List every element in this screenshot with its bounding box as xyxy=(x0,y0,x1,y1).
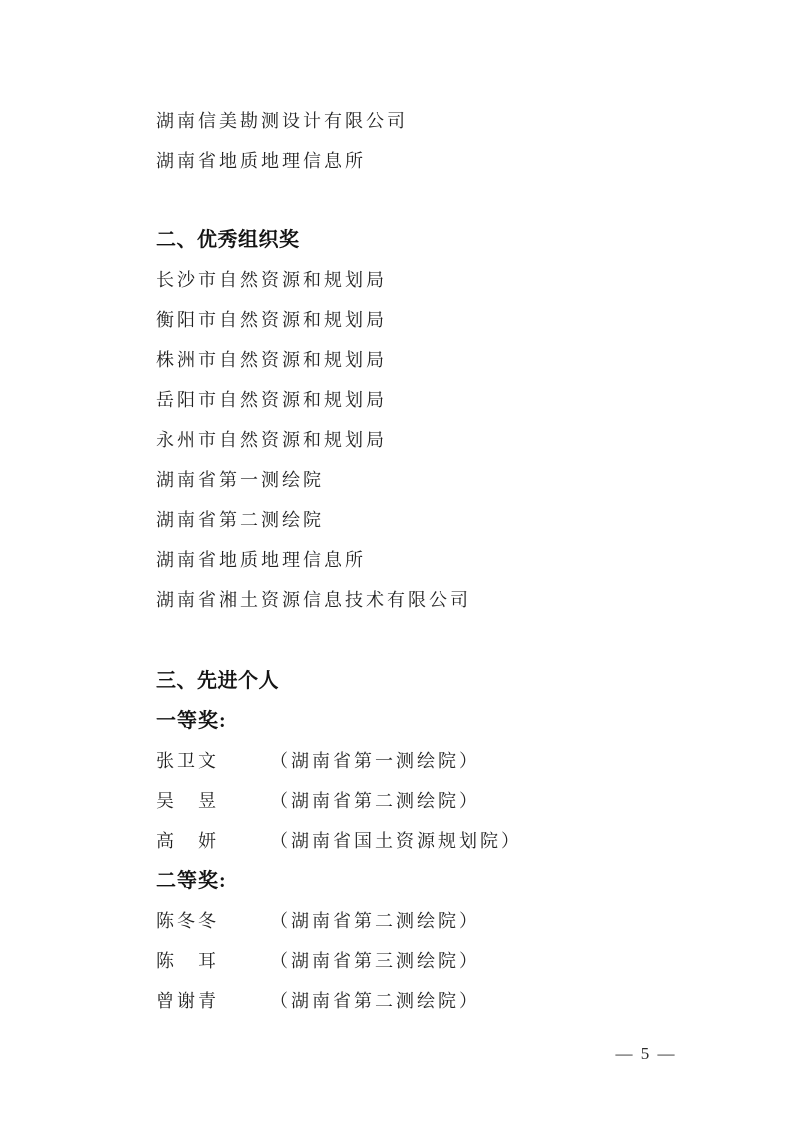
person-affiliation: （湖南省国土资源规划院） xyxy=(270,821,522,861)
person-entry: 吴 昱 （湖南省第二测绘院） xyxy=(156,781,734,821)
person-entry: 陈 耳 （湖南省第三测绘院） xyxy=(156,941,734,981)
person-name: 曾谢青 xyxy=(156,981,220,1021)
award-org-item: 湖南省第一测绘院 xyxy=(156,460,734,500)
person-name: 吴 昱 xyxy=(156,781,220,821)
person-name: 高 妍 xyxy=(156,821,220,861)
person-affiliation: （湖南省第一测绘院） xyxy=(270,741,480,781)
section-heading-excellent-organization-award: 二、优秀组织奖 xyxy=(156,220,734,260)
document-page: 湖南信美勘测设计有限公司 湖南省地质地理信息所 二、优秀组织奖 长沙市自然资源和… xyxy=(0,0,794,1122)
person-entry: 陈冬冬 （湖南省第二测绘院） xyxy=(156,901,734,941)
person-name: 陈冬冬 xyxy=(156,901,220,941)
intro-line: 湖南省地质地理信息所 xyxy=(156,141,734,181)
award-org-item: 岳阳市自然资源和规划局 xyxy=(156,380,734,420)
first-prize-label: 一等奖: xyxy=(156,701,734,741)
person-affiliation: （湖南省第二测绘院） xyxy=(270,781,480,821)
award-org-item: 湖南省第二测绘院 xyxy=(156,500,734,540)
person-affiliation: （湖南省第二测绘院） xyxy=(270,981,480,1021)
person-name: 陈 耳 xyxy=(156,941,220,981)
award-org-item: 永州市自然资源和规划局 xyxy=(156,420,734,460)
person-entry: 高 妍 （湖南省国土资源规划院） xyxy=(156,821,734,861)
intro-line: 湖南信美勘测设计有限公司 xyxy=(156,101,734,141)
document-content: 湖南信美勘测设计有限公司 湖南省地质地理信息所 二、优秀组织奖 长沙市自然资源和… xyxy=(156,0,734,1021)
person-entry: 张卫文 （湖南省第一测绘院） xyxy=(156,741,734,781)
section-heading-advanced-individuals: 三、先进个人 xyxy=(156,661,734,701)
award-org-item: 衡阳市自然资源和规划局 xyxy=(156,300,734,340)
award-org-item: 长沙市自然资源和规划局 xyxy=(156,260,734,300)
person-name: 张卫文 xyxy=(156,741,220,781)
award-org-item: 株洲市自然资源和规划局 xyxy=(156,340,734,380)
award-org-item: 湖南省湘土资源信息技术有限公司 xyxy=(156,580,734,620)
person-affiliation: （湖南省第二测绘院） xyxy=(270,901,480,941)
page-number: — 5 — xyxy=(598,1034,694,1074)
second-prize-label: 二等奖: xyxy=(156,861,734,901)
person-entry: 曾谢青 （湖南省第二测绘院） xyxy=(156,981,734,1021)
person-affiliation: （湖南省第三测绘院） xyxy=(270,941,480,981)
award-org-item: 湖南省地质地理信息所 xyxy=(156,540,734,580)
